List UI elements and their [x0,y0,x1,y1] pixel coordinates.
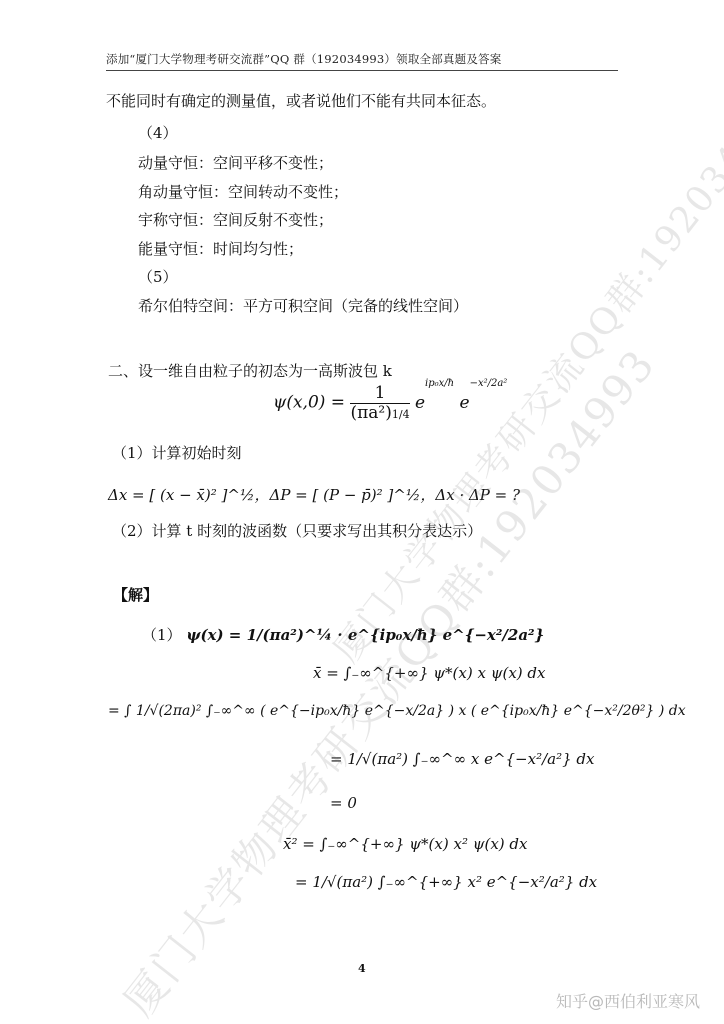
part-4-label: （4） [138,122,178,143]
hilbert-space-text: 希尔伯特空间：平方可积空间（完备的线性空间） [138,295,468,316]
uncertainty-definition: Δx = [ (x − x̄)² ]^½，ΔP = [ (P − p̄)² ]^… [108,484,520,505]
conservation-momentum: 动量守恒：空间平移不变性； [138,152,333,173]
part-5-label: （5） [138,266,178,287]
x-mean-definition: x̄ = ∫₋∞^{+∞} ψ*(x) x ψ(x) dx [313,664,545,682]
question-2-part-2: （2）计算 t 时刻的波函数（只要求写出其积分表达示） [112,520,482,541]
exp-term-2: e−x²/2a² [460,393,508,413]
conservation-angular-momentum: 角动量守恒：空间转动不变性； [138,181,348,202]
question-2-part-1: （1）计算初始时刻 [112,442,242,463]
exp-term-1: eip₀x/ħ [415,393,454,413]
initial-wavefunction-equation: ψ(x,0) = 1 (πa²)1/4 eip₀x/ħ e−x²/2a² [273,384,507,422]
solution-part-1-label: （1） [142,626,182,644]
solution-wavefunction: ψ(x) = 1/(πa²)^¼ · e^{ip₀x/ħ} e^{−x²/2a²… [186,626,544,644]
source-watermark: 知乎@西伯利亚寒风 [556,989,700,1012]
page-number: 4 [358,962,366,975]
page-header: 添加“厦门大学物理考研交流群”QQ 群（192034993）领取全部真题及答案 [106,51,618,71]
conservation-parity: 宇称守恒：空间反射不变性； [138,209,333,230]
denominator: (πa²)1/4 [350,404,409,423]
x-squared-mean-simplified: = 1/√(πa²) ∫₋∞^{+∞} x² e^{−x²/a²} dx [295,873,597,891]
x-mean-result: = 0 [330,794,357,812]
x-mean-expansion: = ∫ 1/√(2πa)² ∫₋∞^∞ ( e^{−ip₀x/ħ} e^{−x/… [108,703,686,719]
x-mean-simplified: = 1/√(πa²) ∫₋∞^∞ x e^{−x²/a²} dx [330,750,594,768]
denominator-exponent: 1/4 [392,408,410,421]
solution-part-1: （1） ψ(x) = 1/(πa²)^¼ · e^{ip₀x/ħ} e^{−x²… [142,624,544,645]
conservation-energy: 能量守恒：时间均匀性； [138,238,303,259]
denominator-base: (πa²) [350,403,391,423]
fraction: 1 (πa²)1/4 [350,384,409,422]
x-squared-mean-definition: x̄² = ∫₋∞^{+∞} ψ*(x) x² ψ(x) dx [283,835,527,853]
eq-lhs: ψ(x,0) = [273,393,345,413]
numerator: 1 [350,384,409,404]
question-2-title: 二、设一维自由粒子的初态为一高斯波包 k [108,360,392,381]
continuation-text: 不能同时有确定的测量值，或者说他们不能有共同本征态。 [106,90,496,111]
solution-label: 【解】 [113,584,158,605]
